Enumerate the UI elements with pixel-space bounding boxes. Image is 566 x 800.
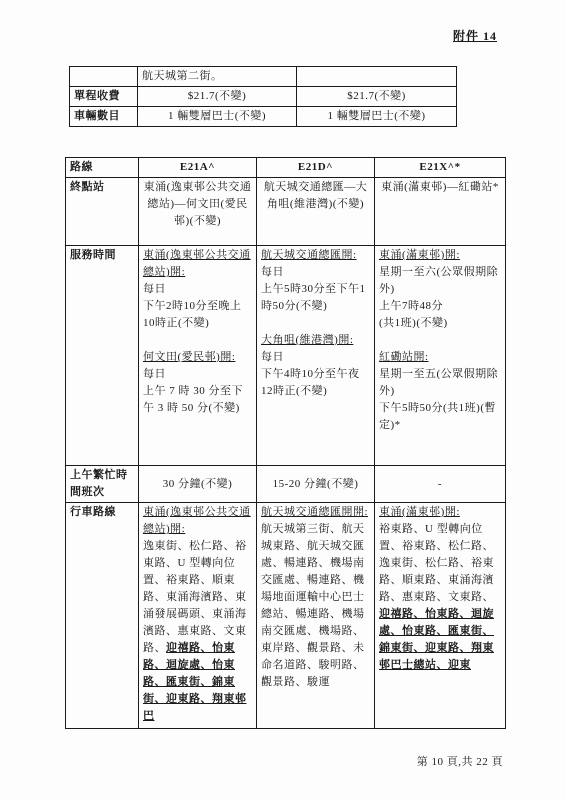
terminus-row-label: 終點站 (66, 178, 139, 246)
routing-e21x-heading-line: 東涌(滿東邨)開: (379, 504, 501, 521)
service-e21x-days-1: 星期一至六(公眾假期除外) (379, 264, 501, 298)
fare-table-fare-row: 單程收費 $21.7(不變) $21.7(不變) (70, 87, 457, 107)
service-e21a-heading-1: 東涌(逸東邨公共交通總站)開: (143, 247, 252, 281)
service-row-label: 服務時間 (66, 246, 139, 466)
service-hours-row: 服務時間 東涌(逸東邨公共交通總站)開: 每日 下午2時10分至晚上10時正(不… (66, 246, 506, 466)
service-e21a-hours-2: 上午 7 時 30 分至下午 3 時 50 分(不變) (143, 383, 252, 417)
routing-e21a-cell: 東涌(逸東邨公共交通總站)開: 逸東街、松仁路、裕東路、U 型轉向位置、裕東路、… (139, 503, 257, 729)
am-peak-e21x: - (375, 466, 506, 503)
service-e21a-heading-2: 何文田(愛民邨)開: (143, 349, 252, 366)
routing-e21d-heading: 航天城交通總匯開開: (261, 506, 368, 518)
routing-e21d-streets-normal: 航天城第三街、航天城東路、航天城交匯處、暢連路、機場南交匯處、暢連路、機場地面運… (261, 523, 365, 688)
routing-e21d-streets: 航天城第三街、航天城東路、航天城交匯處、暢連路、機場南交匯處、暢連路、機場地面運… (261, 521, 370, 691)
empty-cell (297, 67, 457, 87)
service-e21x-cell: 東涌(滿東邨)開: 星期一至六(公眾假期除外) 上午7時48分 (共1班)(不變… (375, 246, 506, 466)
fare-table-vehicles-row: 車輛數目 1 輛雙層巴士(不變) 1 輛雙層巴士(不變) (70, 107, 457, 127)
am-peak-row: 上午繁忙時間班次 30 分鐘(不變) 15-20 分鐘(不變) - (66, 466, 506, 503)
route-header-label: 路線 (66, 158, 139, 178)
service-e21x-trips-1: (共1班)(不變) (379, 315, 501, 332)
vehicles-value-1: 1 輛雙層巴士(不變) (138, 107, 297, 127)
service-e21d-cell: 航天城交通總匯開: 每日 上午5時30分至下午1時50分(不變) 大角咀(維港灣… (257, 246, 375, 466)
service-e21x-days-2: 星期一至五(公眾假期除外) (379, 366, 501, 400)
route-header-e21x: E21X^* (375, 158, 506, 178)
terminus-e21a: 東涌(逸東邨公共交通總站)—何文田(愛民邨)(不變) (139, 178, 257, 246)
fare-value-1: $21.7(不變) (138, 87, 297, 107)
service-e21d-hours-1: 上午5時30分至下午1時50分(不變) (261, 281, 370, 315)
spacer (379, 332, 501, 349)
page-number-footer: 第 10 頁,共 22 頁 (417, 753, 503, 769)
service-e21x-hours-2: 下午5時50分(共1班)(暫定)* (379, 400, 501, 434)
service-e21d-heading-1: 航天城交通總匯開: (261, 247, 370, 264)
service-e21a-days-1: 每日 (143, 281, 252, 298)
service-e21d-hours-2: 下午4時10分至午夜12時正(不變) (261, 366, 370, 400)
document-page: 附件 14 航天城第二街。 單程收費 $21.7(不變) $21.7(不變) 車… (0, 0, 566, 800)
service-e21x-heading-2: 紅磡站開: (379, 349, 501, 366)
service-e21d-days-2: 每日 (261, 349, 370, 366)
am-peak-e21d: 15-20 分鐘(不變) (257, 466, 375, 503)
service-e21a-hours-1: 下午2時10分至晚上10時正(不變) (143, 298, 252, 332)
attachment-label: 附件 14 (453, 27, 497, 44)
vehicles-value-2: 1 輛雙層巴士(不變) (297, 107, 457, 127)
route-header-e21d: E21D^ (257, 158, 375, 178)
fare-table-street-row: 航天城第二街。 (70, 67, 457, 87)
routing-e21x-streets: 裕東路、U 型轉向位置、裕東路、松仁路、逸東街、松仁路、裕東路、順東路、東涌海濱… (379, 521, 501, 674)
terminus-row: 終點站 東涌(逸東邨公共交通總站)—何文田(愛民邨)(不變) 航天城交通總匯—大… (66, 178, 506, 246)
routing-e21x-streets-normal: 裕東路、U 型轉向位置、裕東路、松仁路、逸東街、松仁路、裕東路、順東路、東涌海濱… (379, 523, 494, 603)
terminus-e21d: 航天城交通總匯—大角咀(維港灣)(不變) (257, 178, 375, 246)
routing-row-label: 行車路線 (66, 503, 139, 729)
routing-e21a-streets: 逸東街、松仁路、裕東路、U 型轉向位置、裕東路、順東路、東涌海濱路、東涌發展碼頭… (143, 538, 252, 725)
service-e21a-cell: 東涌(逸東邨公共交通總站)開: 每日 下午2時10分至晚上10時正(不變) 何文… (139, 246, 257, 466)
service-e21d-days-1: 每日 (261, 264, 370, 281)
routing-e21x-heading: 東涌(滿東邨)開: (379, 506, 460, 518)
fare-table: 航天城第二街。 單程收費 $21.7(不變) $21.7(不變) 車輛數目 1 … (69, 66, 457, 127)
routing-e21a-heading-line: 東涌(逸東邨公共交通總站)開: (143, 504, 252, 538)
terminus-e21x: 東涌(滿東邨)—紅磡站* (375, 178, 506, 246)
am-peak-row-label: 上午繁忙時間班次 (66, 466, 139, 503)
spacer (143, 332, 252, 349)
routing-e21d-cell: 航天城交通總匯開開: 航天城第三街、航天城東路、航天城交匯處、暢連路、機場南交匯… (257, 503, 375, 729)
street-note-cell: 航天城第二街。 (138, 67, 297, 87)
routing-row: 行車路線 東涌(逸東邨公共交通總站)開: 逸東街、松仁路、裕東路、U 型轉向位置… (66, 503, 506, 729)
routing-e21a-streets-changed: 迎禧路、怡東路、迴旋處、怡東路、匯東街、錦東街、迎東路、翔東邨巴 (143, 642, 247, 722)
routing-e21x-streets-changed: 迎禧路、怡東路、迴旋處、怡東路、匯東街、錦東街、迎東路、翔東邨巴士總站、迎東 (379, 608, 494, 671)
routing-e21x-cell: 東涌(滿東邨)開: 裕東路、U 型轉向位置、裕東路、松仁路、逸東街、松仁路、裕東… (375, 503, 506, 729)
fare-value-2: $21.7(不變) (297, 87, 457, 107)
service-e21x-heading-1: 東涌(滿東邨)開: (379, 247, 501, 264)
vehicles-row-label: 車輛數目 (70, 107, 138, 127)
route-table-header-row: 路線 E21A^ E21D^ E21X^* (66, 158, 506, 178)
service-e21x-hours-1: 上午7時48分 (379, 298, 501, 315)
route-header-e21a: E21A^ (139, 158, 257, 178)
empty-label-cell (70, 67, 138, 87)
spacer (261, 315, 370, 332)
route-table: 路線 E21A^ E21D^ E21X^* 終點站 東涌(逸東邨公共交通總站)—… (65, 157, 506, 729)
fare-row-label: 單程收費 (70, 87, 138, 107)
am-peak-e21a: 30 分鐘(不變) (139, 466, 257, 503)
routing-e21a-heading: 東涌(逸東邨公共交通總站)開: (143, 506, 251, 535)
service-e21d-heading-2: 大角咀(維港灣)開: (261, 332, 370, 349)
routing-e21d-heading-line: 航天城交通總匯開開: (261, 504, 370, 521)
service-e21a-days-2: 每日 (143, 366, 252, 383)
routing-e21a-streets-normal: 逸東街、松仁路、裕東路、U 型轉向位置、裕東路、順東路、東涌海濱路、東涌發展碼頭… (143, 540, 247, 654)
